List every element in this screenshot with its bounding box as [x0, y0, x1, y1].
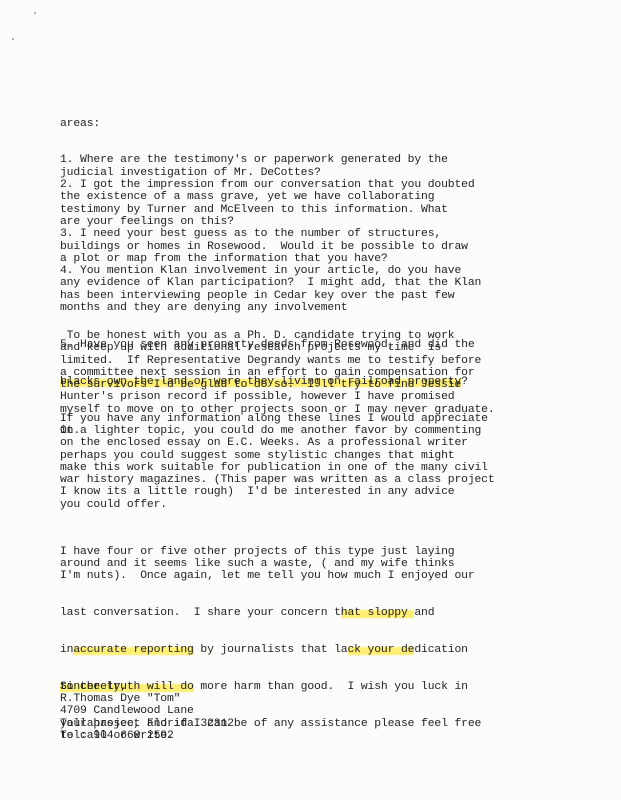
scan-speck [12, 38, 14, 40]
question-line: any evidence of Klan participation? I mi… [60, 277, 488, 289]
questions-list: 1. Where are the testimony's or paperwor… [60, 154, 488, 314]
question-line: 4. You mention Klan involvement in your … [60, 265, 488, 277]
paragraph-line: you could offer. [60, 499, 495, 511]
scan-speck [34, 12, 36, 14]
question-line: 2. I got the impression from our convers… [60, 179, 488, 191]
paragraph-line: On a lighter topic, you could do me anot… [60, 425, 495, 437]
signature-line: 4709 Candlewood Lane [60, 705, 234, 717]
question-line: are your feelings on this? [60, 216, 488, 228]
paragraph-line: myself to move on to other projects soon… [60, 404, 495, 416]
question-line: buildings or homes in Rosewood. Would it… [60, 241, 488, 253]
paragraph-line: I'm nuts). Once again, let me tell you h… [60, 570, 481, 582]
highlight: accurate reporting [73, 644, 193, 656]
question-line: judicial investigation of Mr. DeCottes? [60, 167, 488, 179]
paragraph-line: limited. If Representative Degrandy want… [60, 355, 495, 367]
signature-line: Tallahassee, Florida 32312 [60, 718, 234, 730]
paragraph-line: war history magazines. (This paper was w… [60, 474, 495, 486]
question-line: 3. I need your best guess as to the numb… [60, 228, 488, 240]
paragraph-line: and keep up with additional research pro… [60, 342, 495, 354]
paragraph-line: I have four or five other projects of th… [60, 546, 481, 558]
question-line: a plot or map from the information that … [60, 253, 488, 265]
para4-line-5: inaccurate reporting by journalists that… [60, 644, 481, 656]
paragraph-honest: To be honest with you as a Ph. D. candid… [60, 330, 495, 416]
signature-block: R.Thomas Dye "Tom"4709 Candlewood LaneTa… [60, 693, 234, 742]
question-line: the existence of a mass grave, yet we ha… [60, 191, 488, 203]
signature-line: Tel: 904 668 2592 [60, 730, 234, 742]
paragraph-line: the survivors I'd be glad to do so. I'll… [60, 379, 495, 391]
question-line: testimony by Turner and McElveen to this… [60, 204, 488, 216]
paragraph-line: I know its a little rough) I'd be intere… [60, 486, 495, 498]
paragraph-line: make this work suitable for publication … [60, 462, 495, 474]
paragraph-line: To be honest with you as a Ph. D. candid… [60, 330, 495, 342]
intro-line: areas: [60, 118, 488, 130]
question-line: 1. Where are the testimony's or paperwor… [60, 154, 488, 166]
para4-line-4: last conversation. I share your concern … [60, 607, 481, 619]
paragraph-line: a committee next session in an effort to… [60, 367, 495, 379]
paragraph-lighter-topic: On a lighter topic, you could do me anot… [60, 425, 495, 511]
paragraph-line: perhaps you could suggest some stylistic… [60, 450, 495, 462]
question-line: months and they are denying any involvem… [60, 302, 488, 314]
question-line: has been interviewing people in Cedar ke… [60, 290, 488, 302]
highlight: ck your de [348, 644, 415, 656]
paragraph-line: on the enclosed essay on E.C. Weeks. As … [60, 437, 495, 449]
paragraph-line: around and it seems like such a waste, (… [60, 558, 481, 570]
highlight: hat sloppy [341, 607, 415, 619]
signature-line: R.Thomas Dye "Tom" [60, 693, 234, 705]
letter-page: areas: 1. Where are the testimony's or p… [0, 0, 621, 800]
paragraph-line: Hunter's prison record if possible, howe… [60, 391, 495, 403]
